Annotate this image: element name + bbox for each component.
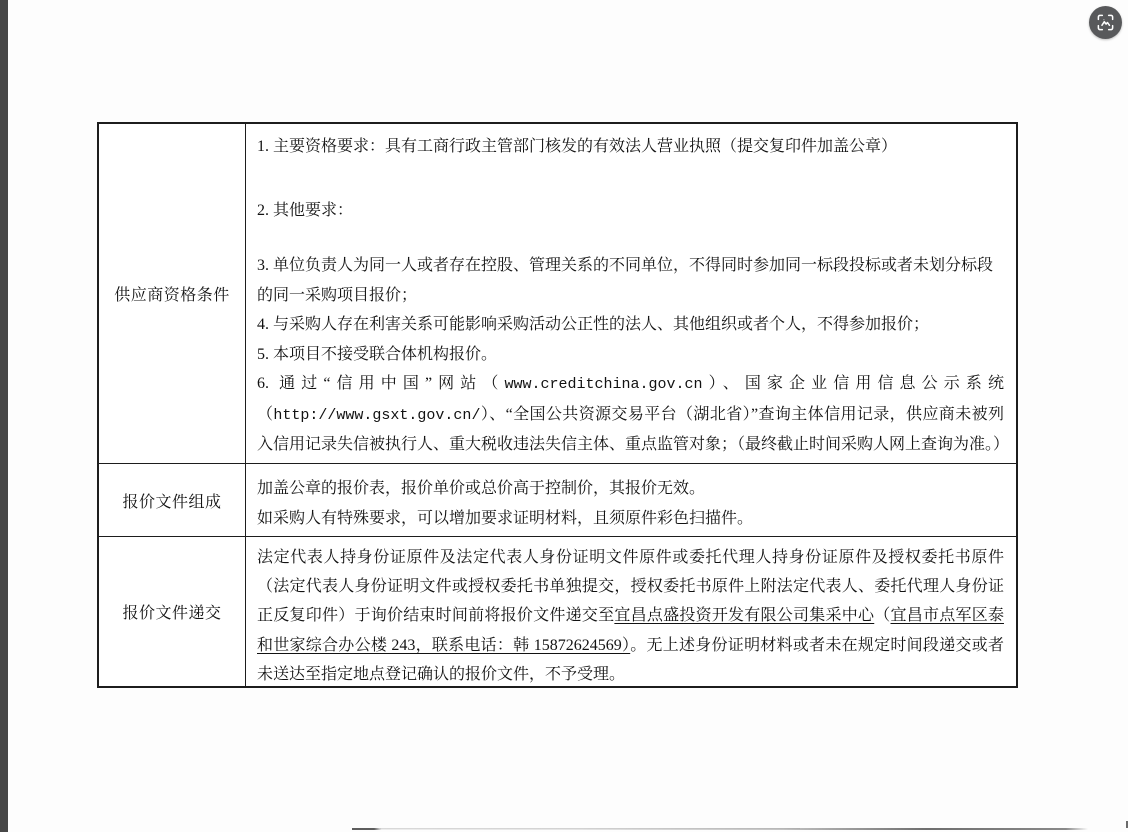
cell-quotation-submission: 法定代表人持身份证原件及法定代表人身份证明文件原件或委托代理人持身份证原件及授权…	[246, 536, 1016, 686]
row-label-text: 报价文件组成	[122, 489, 221, 512]
qualification-item-2: 2. 其他要求：	[257, 196, 1004, 226]
scan-artifact-line	[380, 828, 800, 829]
text-segment: 6. 通过“信用中国”网站（	[257, 375, 504, 392]
company-name-underlined: 宜昌点盛投资开发有限公司集采中心	[614, 607, 874, 624]
row-label-supplier-qualification: 供应商资格条件	[99, 124, 246, 463]
qualification-item-6: 6. 通过“信用中国”网站（www.creditchina.gov.cn）、国家…	[257, 369, 1004, 460]
composition-line-2: 如采购人有特殊要求，可以增加要求证明材料，且须原件彩色扫描件。	[257, 504, 1004, 534]
row-label-text: 供应商资格条件	[114, 282, 230, 305]
qualification-item-1: 1. 主要资格要求：具有工商行政主管部门核发的有效法人营业执照（提交复印件加盖公…	[257, 132, 1004, 162]
row-label-quotation-composition: 报价文件组成	[99, 463, 246, 536]
composition-line-1: 加盖公章的报价表，报价单价或总价高于控制价，其报价无效。	[257, 474, 1004, 504]
screenshot-button[interactable]	[1089, 6, 1122, 39]
credit-china-url: www.creditchina.gov.cn	[504, 376, 702, 393]
qualification-item-5: 5. 本项目不接受联合体机构报价。	[257, 340, 1004, 370]
qualification-item-4: 4. 与采购人存在利害关系可能影响采购活动公正性的法人、其他组织或者个人，不得参…	[257, 310, 1004, 340]
text-segment: （	[874, 607, 890, 624]
submission-paragraph: 法定代表人持身份证原件及法定代表人身份证明文件原件或委托代理人持身份证原件及授权…	[257, 543, 1004, 686]
window-left-edge	[0, 0, 8, 832]
cell-supplier-qualification: 1. 主要资格要求：具有工商行政主管部门核发的有效法人营业执照（提交复印件加盖公…	[246, 124, 1016, 463]
row-label-quotation-submission: 报价文件递交	[99, 536, 246, 686]
requirements-table: 供应商资格条件 1. 主要资格要求：具有工商行政主管部门核发的有效法人营业执照（…	[97, 122, 1018, 688]
screenshot-region-icon	[1096, 13, 1115, 32]
cell-quotation-composition: 加盖公章的报价表，报价单价或总价高于控制价，其报价无效。 如采购人有特殊要求，可…	[246, 463, 1016, 536]
qualification-item-3: 3. 单位负责人为同一人或者存在控股、管理关系的不同单位，不得同时参加同一标段投…	[257, 251, 1004, 310]
gsxt-url: http://www.gsxt.gov.cn/	[273, 407, 480, 424]
row-label-text: 报价文件递交	[122, 600, 221, 623]
